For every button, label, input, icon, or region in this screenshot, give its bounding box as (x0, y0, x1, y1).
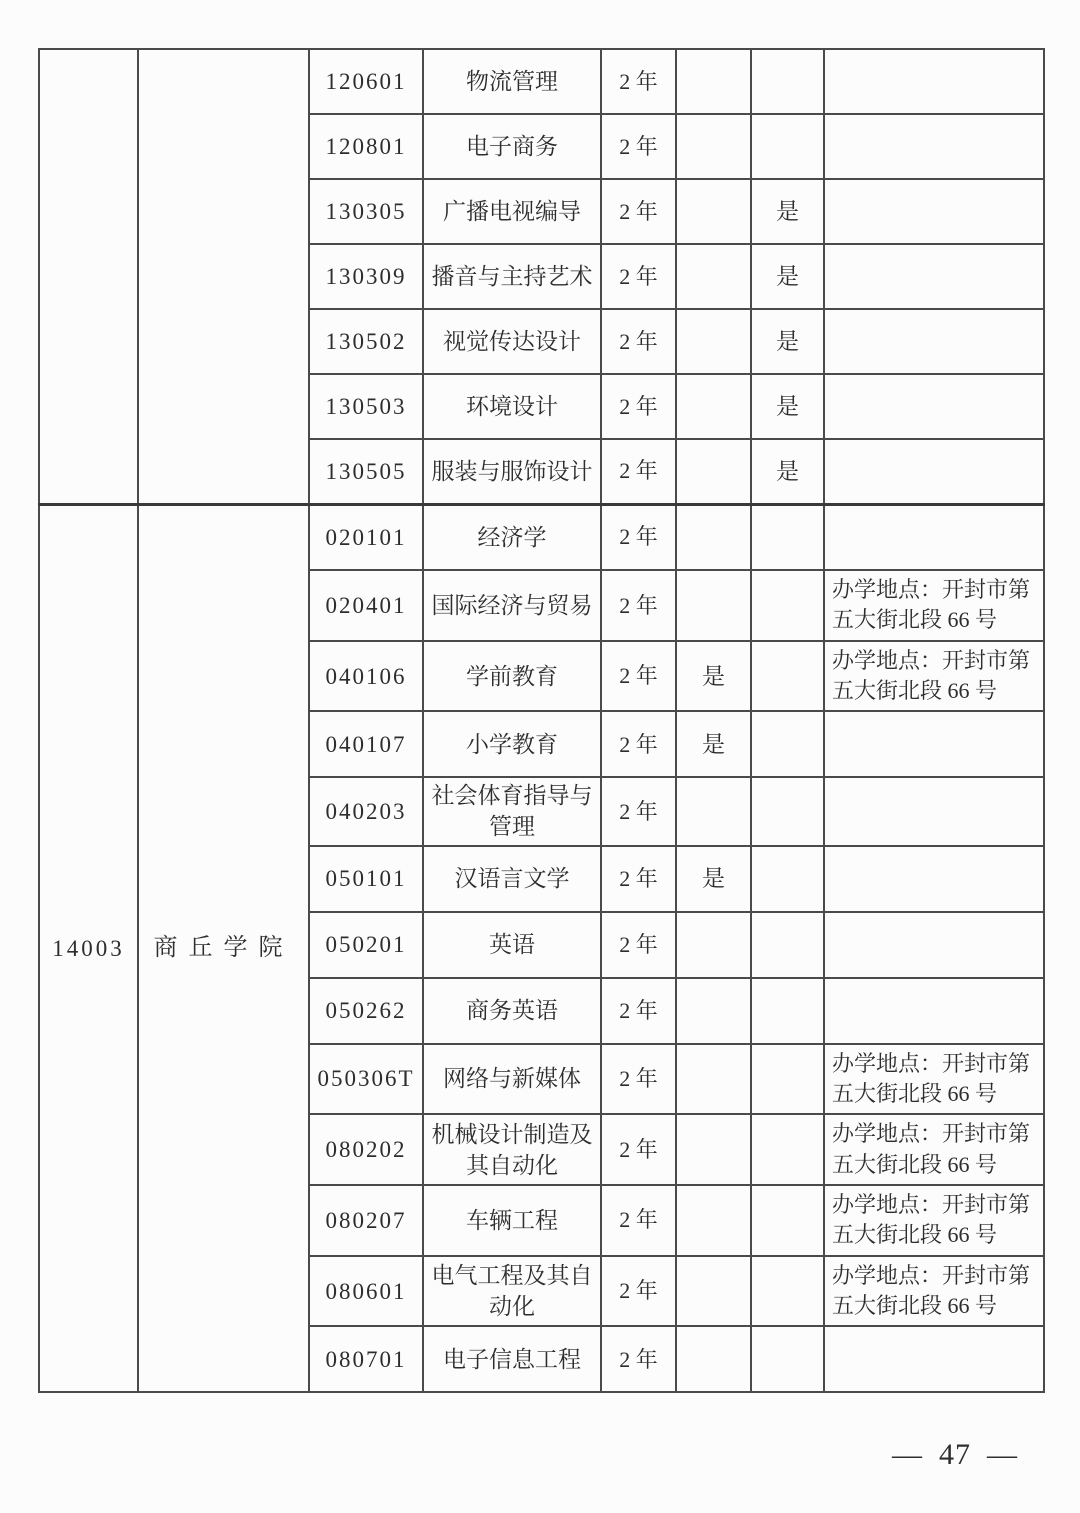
program-name-cell: 英语 (423, 912, 601, 978)
duration-cell: 2 年 (601, 777, 676, 845)
remark-cell: 办学地点：开封市第五大街北段 66 号 (824, 1114, 1044, 1185)
program-code-cell: 040203 (309, 777, 423, 845)
remark-cell (824, 309, 1044, 374)
program-code-cell: 050306T (309, 1044, 423, 1115)
program-name-cell: 服装与服饰设计 (423, 439, 601, 504)
remark-cell: 办学地点：开封市第五大街北段 66 号 (824, 570, 1044, 641)
footer-right-dash: — (987, 1438, 1018, 1472)
flag-column-2-cell (751, 978, 824, 1044)
school-code-cell (39, 49, 138, 504)
flag-column-2-cell: 是 (751, 374, 824, 439)
program-name-cell: 播音与主持艺术 (423, 244, 601, 309)
remark-cell (824, 846, 1044, 912)
program-code-cell: 050101 (309, 846, 423, 912)
duration-cell: 2 年 (601, 1326, 676, 1392)
flag-column-2-cell (751, 777, 824, 845)
flag-column-2-cell (751, 641, 824, 712)
flag-column-1-cell (676, 978, 751, 1044)
flag-column-1-cell (676, 570, 751, 641)
remark-cell (824, 179, 1044, 244)
flag-column-2-cell (751, 1044, 824, 1115)
flag-column-1-cell (676, 1256, 751, 1327)
program-code-cell: 040107 (309, 711, 423, 777)
program-code-cell: 080601 (309, 1256, 423, 1327)
program-name-cell: 视觉传达设计 (423, 309, 601, 374)
program-name-cell: 商务英语 (423, 978, 601, 1044)
program-code-cell: 120801 (309, 114, 423, 179)
program-name-cell: 学前教育 (423, 641, 601, 712)
program-name-cell: 电气工程及其自动化 (423, 1256, 601, 1327)
program-code-cell: 130502 (309, 309, 423, 374)
document-page: 120601 物流管理 2 年 120801 电子商务 2 年 130305 广… (0, 0, 1080, 1513)
flag-column-2-cell (751, 570, 824, 641)
remark-cell (824, 711, 1044, 777)
flag-column-1-cell (676, 114, 751, 179)
duration-cell: 2 年 (601, 49, 676, 114)
flag-column-2-cell: 是 (751, 179, 824, 244)
flag-column-2-cell: 是 (751, 439, 824, 504)
program-name-cell: 社会体育指导与管理 (423, 777, 601, 845)
program-name-cell: 汉语言文学 (423, 846, 601, 912)
duration-cell: 2 年 (601, 978, 676, 1044)
duration-cell: 2 年 (601, 244, 676, 309)
duration-cell: 2 年 (601, 439, 676, 504)
program-code-cell: 040106 (309, 641, 423, 712)
duration-cell: 2 年 (601, 374, 676, 439)
flag-column-2-cell (751, 1185, 824, 1256)
program-name-cell: 经济学 (423, 504, 601, 570)
remark-cell (824, 49, 1044, 114)
duration-cell: 2 年 (601, 1044, 676, 1115)
remark-cell: 办学地点：开封市第五大街北段 66 号 (824, 1044, 1044, 1115)
program-code-cell: 080202 (309, 1114, 423, 1185)
program-name-cell: 电子信息工程 (423, 1326, 601, 1392)
remark-cell (824, 114, 1044, 179)
program-code-cell: 020101 (309, 504, 423, 570)
program-code-cell: 130309 (309, 244, 423, 309)
duration-cell: 2 年 (601, 179, 676, 244)
program-name-cell: 车辆工程 (423, 1185, 601, 1256)
flag-column-1-cell (676, 309, 751, 374)
program-name-cell: 环境设计 (423, 374, 601, 439)
program-name-cell: 网络与新媒体 (423, 1044, 601, 1115)
flag-column-2-cell: 是 (751, 244, 824, 309)
flag-column-1-cell (676, 1114, 751, 1185)
flag-column-1-cell (676, 439, 751, 504)
flag-column-2-cell (751, 1114, 824, 1185)
remark-cell (824, 912, 1044, 978)
remark-cell (824, 777, 1044, 845)
flag-column-1-cell (676, 912, 751, 978)
program-code-cell: 050262 (309, 978, 423, 1044)
duration-cell: 2 年 (601, 570, 676, 641)
flag-column-2-cell (751, 1326, 824, 1392)
duration-cell: 2 年 (601, 504, 676, 570)
page-number: 47 (939, 1438, 971, 1472)
program-name-cell: 物流管理 (423, 49, 601, 114)
remark-cell: 办学地点：开封市第五大街北段 66 号 (824, 1256, 1044, 1327)
program-name-cell: 国际经济与贸易 (423, 570, 601, 641)
flag-column-2-cell: 是 (751, 309, 824, 374)
program-code-cell: 080207 (309, 1185, 423, 1256)
program-code-cell: 020401 (309, 570, 423, 641)
flag-column-2-cell (751, 504, 824, 570)
flag-column-1-cell (676, 1185, 751, 1256)
flag-column-2-cell (751, 912, 824, 978)
remark-cell (824, 439, 1044, 504)
program-name-cell: 广播电视编导 (423, 179, 601, 244)
flag-column-1-cell: 是 (676, 711, 751, 777)
flag-column-1-cell: 是 (676, 641, 751, 712)
flag-column-2-cell (751, 49, 824, 114)
program-code-cell: 130305 (309, 179, 423, 244)
flag-column-1-cell (676, 374, 751, 439)
flag-column-1-cell (676, 777, 751, 845)
program-name-cell: 小学教育 (423, 711, 601, 777)
flag-column-2-cell (751, 711, 824, 777)
remark-cell: 办学地点：开封市第五大街北段 66 号 (824, 641, 1044, 712)
program-name-cell: 电子商务 (423, 114, 601, 179)
admission-programs-table: 120601 物流管理 2 年 120801 电子商务 2 年 130305 广… (38, 48, 1045, 1393)
flag-column-2-cell (751, 114, 824, 179)
flag-column-1-cell (676, 179, 751, 244)
remark-cell (824, 1326, 1044, 1392)
program-code-cell: 080701 (309, 1326, 423, 1392)
duration-cell: 2 年 (601, 114, 676, 179)
duration-cell: 2 年 (601, 711, 676, 777)
remark-cell (824, 374, 1044, 439)
program-code-cell: 050201 (309, 912, 423, 978)
duration-cell: 2 年 (601, 1114, 676, 1185)
footer-left-dash: — (892, 1438, 923, 1472)
remark-cell (824, 978, 1044, 1044)
program-name-cell: 机械设计制造及其自动化 (423, 1114, 601, 1185)
duration-cell: 2 年 (601, 846, 676, 912)
remark-cell (824, 504, 1044, 570)
duration-cell: 2 年 (601, 309, 676, 374)
program-code-cell: 130503 (309, 374, 423, 439)
school-name-cell: 商丘学院 (138, 504, 309, 1392)
remark-cell: 办学地点：开封市第五大街北段 66 号 (824, 1185, 1044, 1256)
program-code-cell: 120601 (309, 49, 423, 114)
flag-column-1-cell (676, 244, 751, 309)
page-footer: — 47 — (892, 1438, 1018, 1472)
flag-column-1-cell (676, 49, 751, 114)
school-name-cell (138, 49, 309, 504)
table-row: 120601 物流管理 2 年 (39, 49, 1044, 114)
duration-cell: 2 年 (601, 1185, 676, 1256)
duration-cell: 2 年 (601, 1256, 676, 1327)
flag-column-1-cell (676, 504, 751, 570)
flag-column-1-cell (676, 1044, 751, 1115)
school-code-cell: 14003 (39, 504, 138, 1392)
duration-cell: 2 年 (601, 641, 676, 712)
flag-column-2-cell (751, 846, 824, 912)
program-code-cell: 130505 (309, 439, 423, 504)
table-row: 14003 商丘学院 020101 经济学 2 年 (39, 504, 1044, 570)
flag-column-1-cell: 是 (676, 846, 751, 912)
remark-cell (824, 244, 1044, 309)
flag-column-2-cell (751, 1256, 824, 1327)
duration-cell: 2 年 (601, 912, 676, 978)
flag-column-1-cell (676, 1326, 751, 1392)
